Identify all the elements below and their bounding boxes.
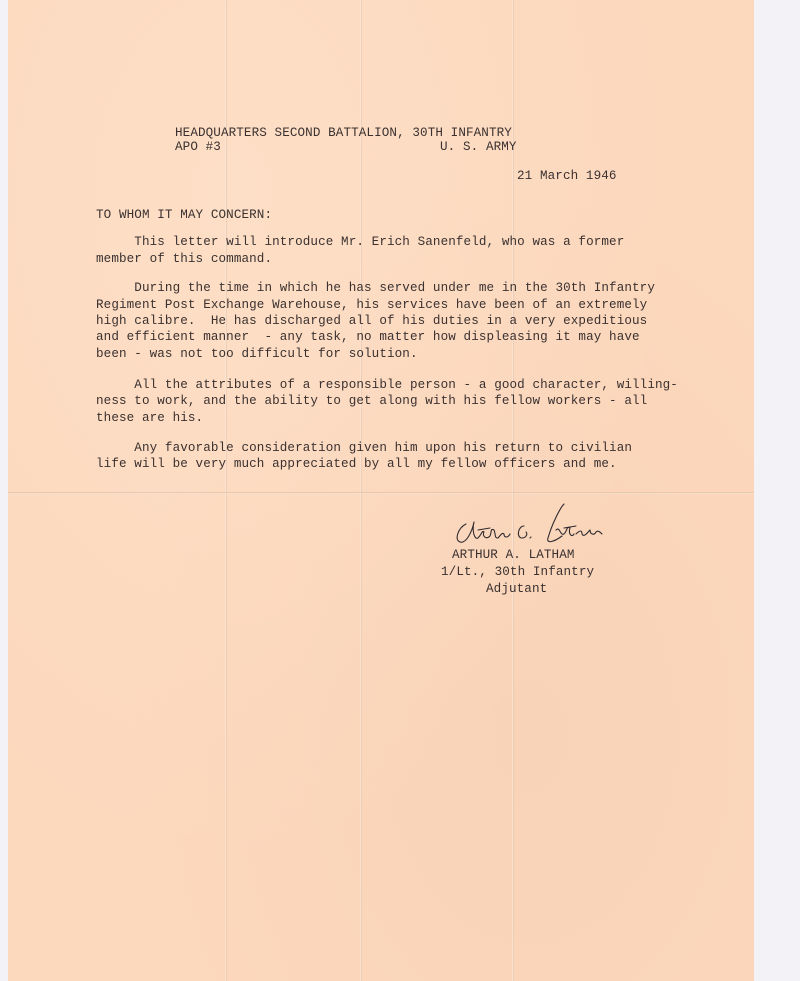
paragraph-3-line-2: ness to work, and the ability to get alo…	[96, 393, 647, 410]
letter-date: 21 March 1946	[517, 168, 617, 185]
salutation: TO WHOM IT MAY CONCERN:	[96, 207, 272, 224]
signatory-title: Adjutant	[486, 581, 547, 598]
handwritten-signature	[452, 500, 612, 552]
paragraph-2-line-5: been - was not too difficult for solutio…	[96, 346, 418, 363]
fold-line-vertical	[225, 0, 227, 981]
letterhead-apo: APO #3	[175, 139, 221, 156]
fold-line-horizontal	[8, 492, 754, 494]
letter-paper	[8, 0, 754, 981]
fold-line-vertical	[360, 0, 362, 981]
paragraph-3-line-3: these are his.	[96, 410, 203, 427]
paragraph-2-line-1: During the time in which he has served u…	[96, 280, 655, 297]
signatory-rank: 1/Lt., 30th Infantry	[441, 564, 594, 581]
paragraph-4-line-2: life will be very much appreciated by al…	[96, 456, 617, 473]
paragraph-2-line-4: and efficient manner - any task, no matt…	[96, 329, 640, 346]
paragraph-2-line-2: Regiment Post Exchange Warehouse, his se…	[96, 297, 647, 314]
signatory-name: ARTHUR A. LATHAM	[452, 547, 575, 564]
paragraph-3-line-1: All the attributes of a responsible pers…	[96, 377, 678, 394]
paragraph-4-line-1: Any favorable consideration given him up…	[96, 440, 632, 457]
paragraph-1-line-2: member of this command.	[96, 251, 272, 268]
paragraph-2-line-3: high calibre. He has discharged all of h…	[96, 313, 647, 330]
letterhead-army: U. S. ARMY	[440, 139, 517, 156]
paragraph-1-line-1: This letter will introduce Mr. Erich San…	[96, 234, 624, 251]
